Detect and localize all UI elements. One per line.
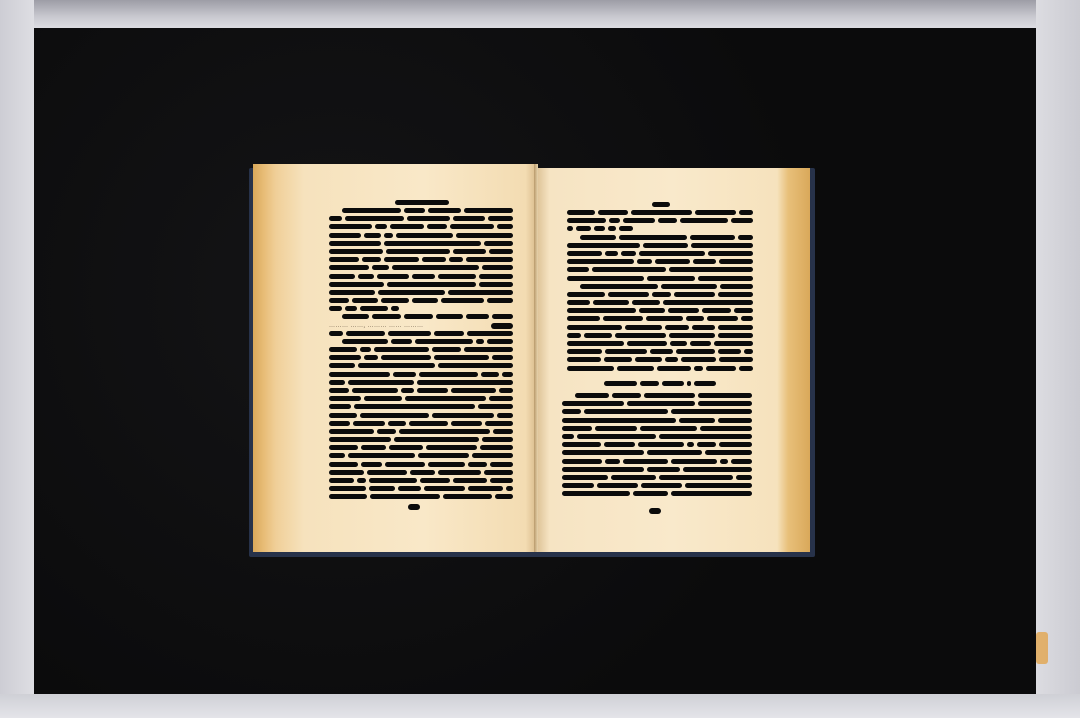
redacted-line bbox=[567, 226, 633, 231]
frame-left-edge bbox=[0, 0, 34, 718]
redacted-line bbox=[562, 450, 752, 455]
redacted-line bbox=[567, 284, 753, 289]
redacted-line bbox=[567, 357, 753, 362]
redacted-line bbox=[329, 339, 513, 344]
redacted-line bbox=[329, 462, 513, 467]
redacted-line bbox=[567, 276, 753, 281]
redacted-line bbox=[329, 265, 513, 270]
redacted-line bbox=[567, 243, 753, 248]
left-page-text-redacted: ……… ……, ……… …… ……… bbox=[329, 208, 513, 503]
redacted-line bbox=[329, 257, 513, 262]
redacted-line bbox=[562, 459, 752, 464]
redacted-line bbox=[567, 349, 753, 354]
redacted-line bbox=[567, 300, 753, 305]
right-page-text-upper-redacted bbox=[567, 210, 753, 374]
redacted-line bbox=[329, 429, 513, 434]
redacted-line bbox=[329, 404, 513, 409]
redacted-line bbox=[329, 396, 513, 401]
redacted-line bbox=[329, 224, 513, 229]
left-page-number-redacted bbox=[408, 504, 420, 510]
redacted-line bbox=[567, 325, 753, 330]
frame: ……… ……, ……… …… ……… bbox=[0, 0, 1080, 718]
redacted-line bbox=[329, 241, 513, 246]
redacted-line bbox=[329, 347, 513, 352]
redacted-line bbox=[329, 249, 513, 254]
redacted-line bbox=[567, 308, 753, 313]
open-book: ……… ……, ……… …… ……… bbox=[249, 164, 815, 557]
redacted-line bbox=[567, 267, 753, 272]
redacted-line bbox=[562, 426, 752, 431]
redacted-line bbox=[562, 475, 752, 480]
redacted-line bbox=[329, 282, 513, 287]
redacted-line bbox=[329, 216, 513, 221]
redacted-line bbox=[567, 251, 753, 256]
redacted-line bbox=[567, 235, 753, 240]
left-page-header-redacted bbox=[395, 200, 449, 205]
redacted-line bbox=[329, 380, 513, 385]
redacted-line bbox=[329, 363, 513, 368]
tape-fragment bbox=[1036, 632, 1048, 664]
redacted-line bbox=[329, 298, 513, 303]
redacted-line bbox=[562, 483, 752, 488]
right-page-text-lower-redacted bbox=[562, 393, 752, 499]
redacted-line bbox=[567, 333, 753, 338]
redacted-line bbox=[329, 478, 513, 483]
redacted-line bbox=[329, 208, 513, 213]
right-page-number-redacted bbox=[649, 508, 661, 514]
redacted-line bbox=[329, 388, 513, 393]
redacted-line bbox=[562, 418, 752, 423]
redacted-line bbox=[329, 355, 513, 360]
frame-top-edge bbox=[0, 0, 1080, 28]
redacted-line bbox=[562, 393, 752, 398]
redacted-line bbox=[562, 467, 752, 472]
unredacted-text-line: ……… ……, ……… …… ……… bbox=[329, 323, 513, 329]
frame-right-edge bbox=[1036, 0, 1080, 718]
redacted-line bbox=[329, 445, 513, 450]
redacted-line bbox=[329, 306, 399, 311]
redacted-line bbox=[562, 409, 752, 414]
right-page-section-heading-redacted bbox=[604, 381, 716, 389]
redacted-line bbox=[329, 314, 513, 319]
redacted-line bbox=[329, 486, 513, 491]
redacted-line bbox=[567, 259, 753, 264]
right-page-header-redacted bbox=[652, 202, 670, 207]
redacted-line bbox=[567, 210, 753, 215]
redacted-line bbox=[329, 421, 513, 426]
redacted-line bbox=[329, 331, 513, 336]
redacted-line bbox=[562, 491, 752, 496]
redacted-line bbox=[567, 366, 753, 371]
redacted-line bbox=[329, 437, 513, 442]
redacted-line bbox=[329, 290, 513, 295]
redacted-line bbox=[562, 401, 752, 406]
redacted-line bbox=[329, 470, 513, 475]
redacted-line bbox=[567, 341, 753, 346]
redacted-line bbox=[329, 494, 513, 499]
unredacted-text: ……… ……, ……… …… ……… bbox=[329, 323, 488, 329]
redacted-line bbox=[567, 292, 753, 297]
book-gutter bbox=[534, 164, 538, 552]
redacted-line bbox=[567, 316, 753, 321]
frame-bottom-edge bbox=[0, 694, 1080, 718]
redacted-line bbox=[329, 453, 513, 458]
redacted-line bbox=[329, 413, 513, 418]
redacted-line bbox=[562, 434, 752, 439]
redacted-line bbox=[329, 372, 513, 377]
redacted-line bbox=[329, 233, 513, 238]
redacted-line bbox=[567, 218, 753, 223]
redacted-line bbox=[562, 442, 752, 447]
redacted-line bbox=[329, 274, 513, 279]
